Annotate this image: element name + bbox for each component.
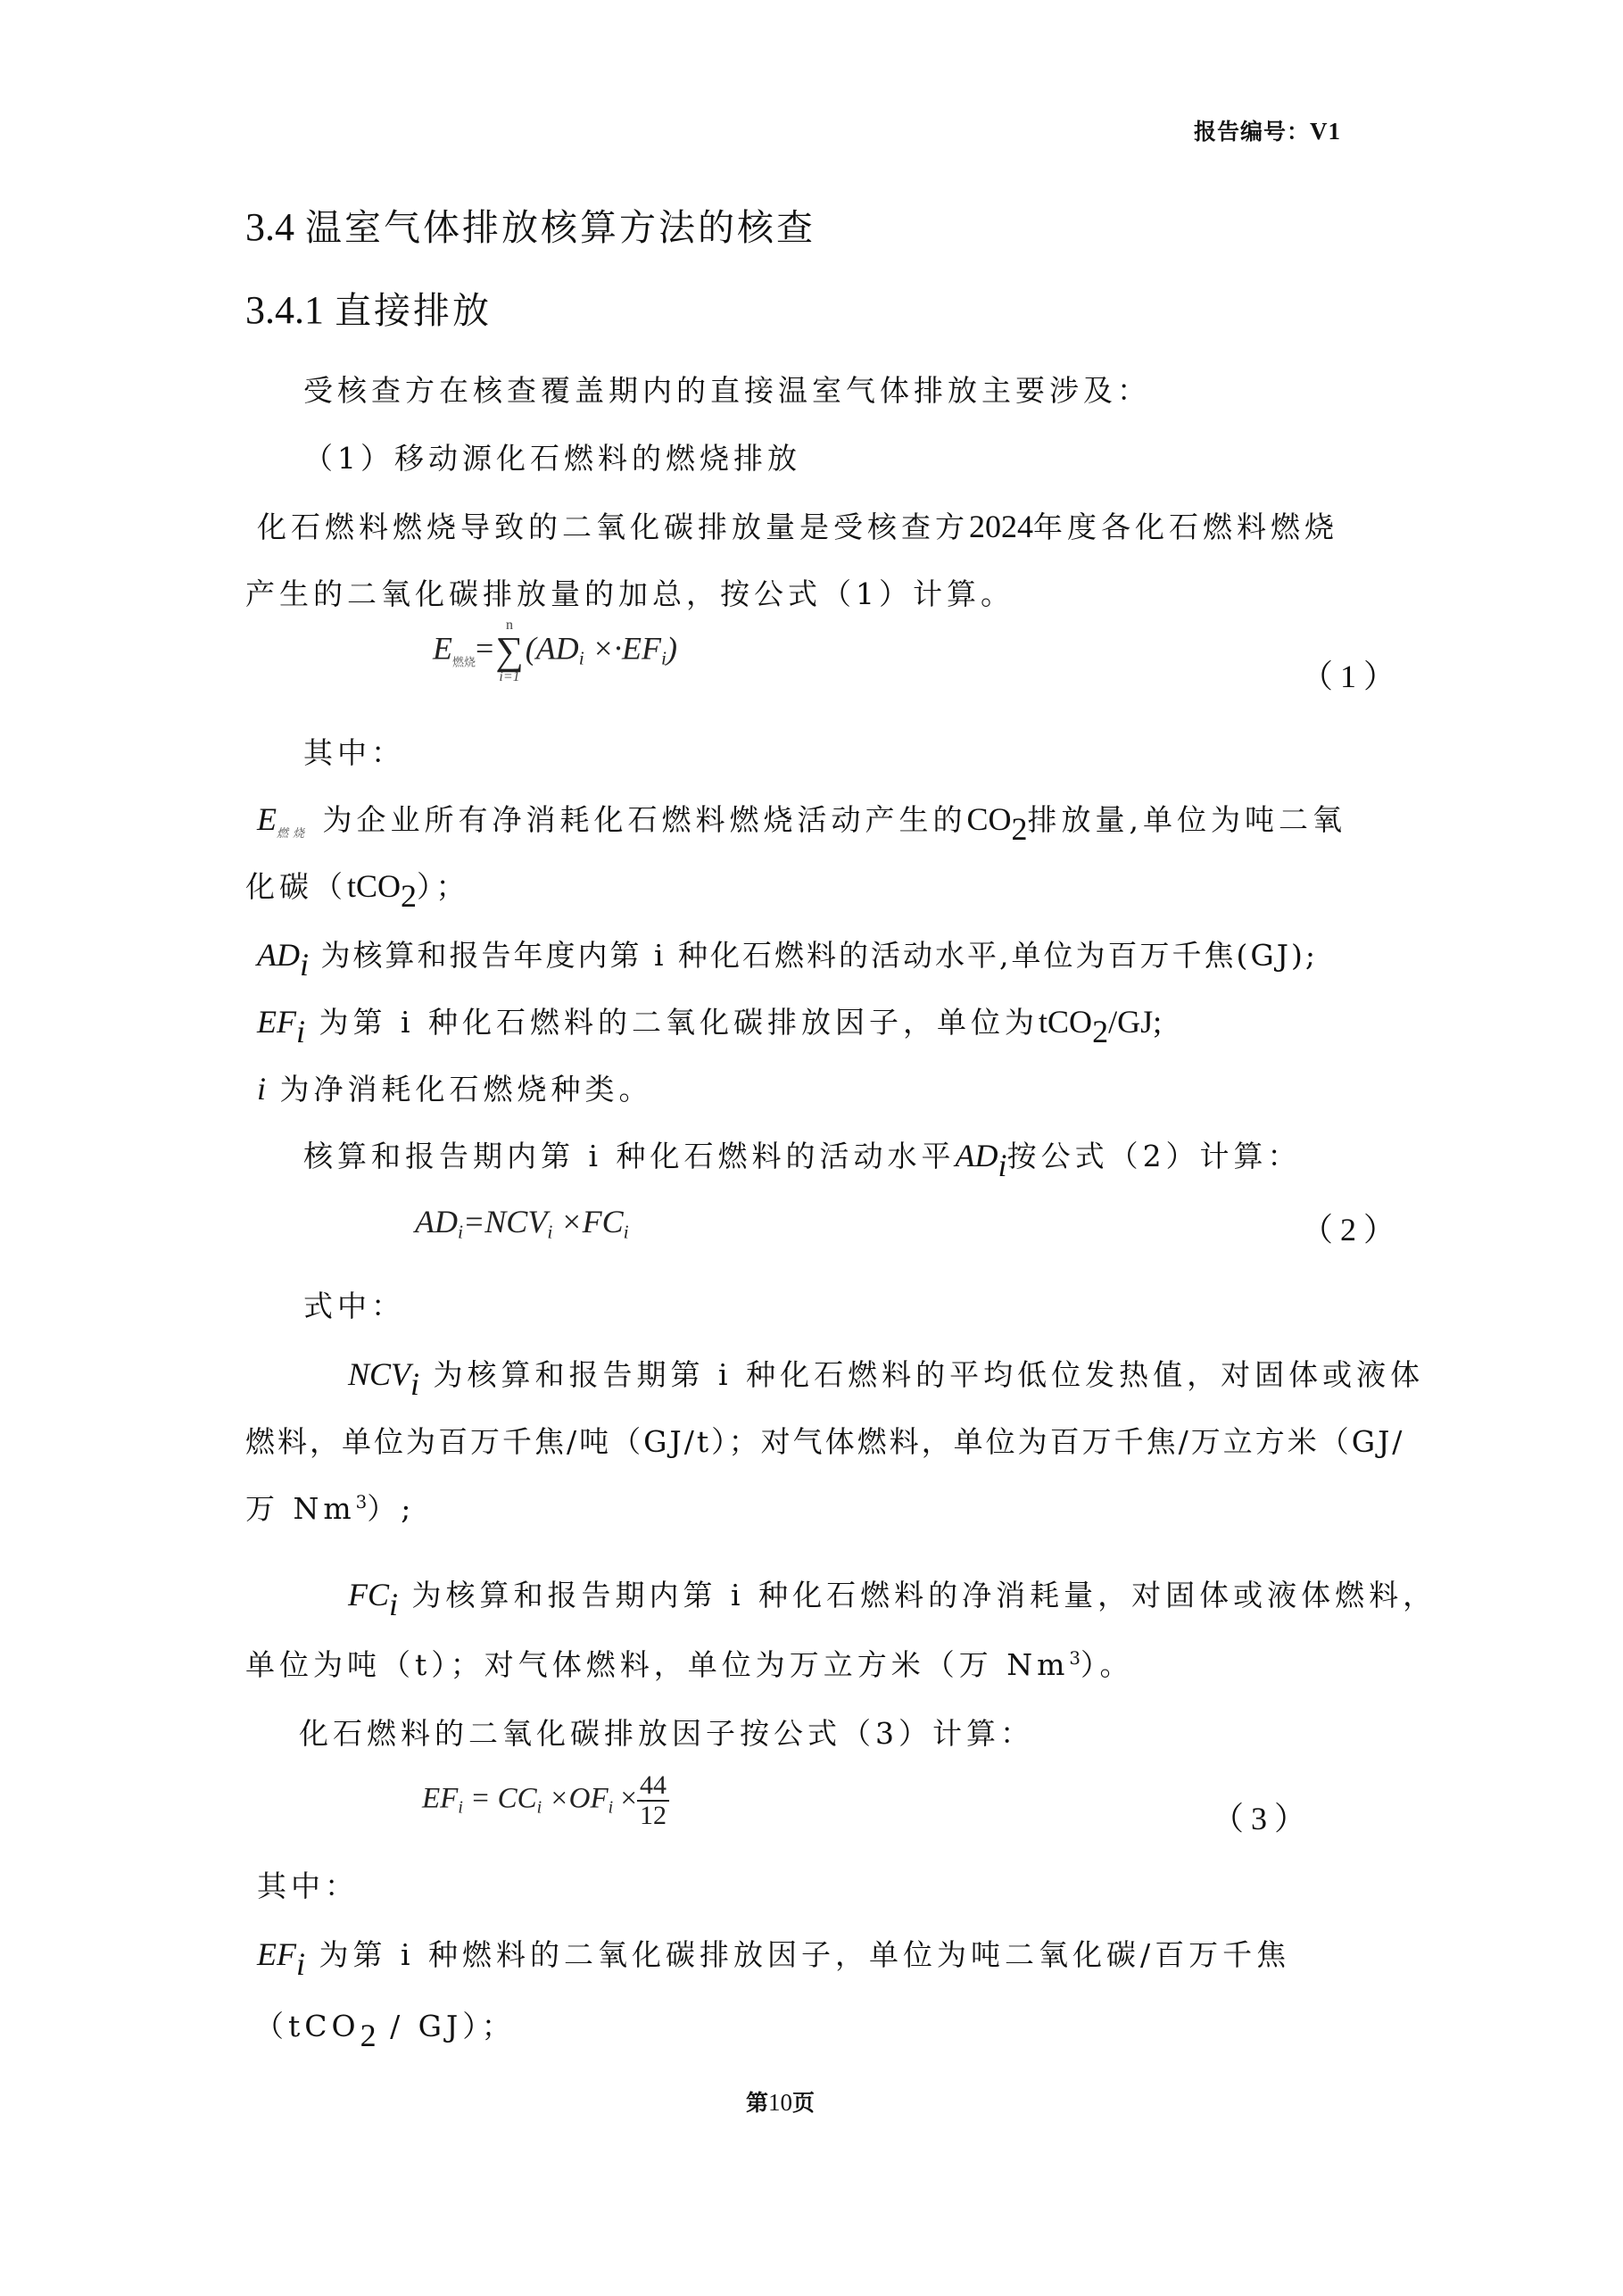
eq1-equals: = <box>476 630 493 666</box>
subsection-heading: 3.4.1直接排放 <box>245 281 492 334</box>
report-number: 报告编号：V1 <box>1194 114 1341 146</box>
eq1-ad: (AD <box>526 630 579 666</box>
sup-3: 3 <box>356 1492 368 1513</box>
fc-sub: i <box>389 1587 398 1622</box>
where-label-2: 式中： <box>303 1283 405 1325</box>
ef-sub: i <box>296 1014 305 1049</box>
text-span: 按公式（2）计算： <box>1007 1139 1302 1173</box>
eq3-of: ×OF <box>542 1783 609 1815</box>
sum-lower: i=1 <box>499 669 519 685</box>
ad-definition: ADi 为核算和报告年度内第 i 种化石燃料的活动水平,单位为百万千焦(GJ); <box>257 932 1318 983</box>
ef-sub: i <box>296 1946 305 1982</box>
eq1-ef: ×·EF <box>584 630 661 666</box>
co-sub: 2 <box>1012 811 1028 847</box>
text-span: / GJ）； <box>377 2009 516 2043</box>
text-span: 为企业所有净消耗化石燃料燃烧活动产生的 <box>323 802 967 837</box>
fc-definition-line-1: FCi 为核算和报告期内第 i 种化石燃料的净消耗量，对固体或液体燃料， <box>348 1572 1437 1623</box>
text-span: 为第 i 种燃料的二氧化碳排放因子，单位为吨二氧化碳/百万千焦 <box>319 1937 1291 1972</box>
report-number-value: V1 <box>1310 118 1341 145</box>
ncv-definition-line-1: NCVi 为核算和报告期第 i 种化石燃料的平均低位发热值，对固体或液体 <box>348 1352 1424 1403</box>
sup-3: 3 <box>1069 1648 1081 1669</box>
unit-text: /GJ; <box>1108 1004 1162 1040</box>
report-number-label: 报告编号： <box>1194 119 1310 145</box>
section-number: 3.4 <box>245 205 294 249</box>
document-page: 报告编号：V1 3.4温室气体排放核算方法的核查 3.4.1直接排放 受核查方在… <box>0 0 1623 2296</box>
page-suffix: 页 <box>792 2090 815 2116</box>
list-item-1: （1）移动源化石燃料的燃烧排放 <box>303 435 801 477</box>
page-number: 10 <box>768 2089 792 2116</box>
eq2-ncv: =NCV <box>463 1204 547 1239</box>
eq3-cc: = CC <box>463 1783 537 1815</box>
unit-sub: 2 <box>1092 1014 1108 1049</box>
ncv-definition-line-3: 万 Nm3）; <box>245 1486 415 1528</box>
page-prefix: 第 <box>746 2090 768 2116</box>
equation-1: E燃烧=n∑i=1(ADi ×·EFi) <box>433 618 677 685</box>
fc-symbol: FC <box>348 1577 389 1612</box>
e-symbol-sub: 燃烧 <box>277 827 309 841</box>
equation-3-number: （3） <box>1212 1794 1313 1839</box>
text-span: 化石燃料燃烧导致的二氧化碳排放量是受核查方 <box>257 510 969 544</box>
text-span: 单位为吨（t）；对气体燃料，单位为万立方米（万 Nm <box>245 1647 1069 1682</box>
e-definition-line-1: E燃烧 为企业所有净消耗化石燃料燃烧活动产生的CO2排放量,单位为吨二氧 <box>257 797 1346 848</box>
year-value: 2024 <box>969 509 1033 544</box>
summation: n∑i=1 <box>495 618 523 685</box>
where-label-3: 其中： <box>257 1863 359 1905</box>
fraction-numerator: 44 <box>640 1771 667 1800</box>
ef-symbol: EF <box>257 1936 296 1972</box>
fraction: 4412 <box>637 1771 669 1830</box>
unit-text: tCO <box>1039 1004 1092 1040</box>
text-span: 核算和报告期内第 i 种化石燃料的活动水平 <box>303 1139 956 1173</box>
text-span: ）； <box>417 869 470 904</box>
section-title: 温室气体排放核算方法的核查 <box>305 206 816 249</box>
e-symbol: E <box>257 801 277 837</box>
ef2-definition: EFi 为第 i 种燃料的二氧化碳排放因子，单位为吨二氧化碳/百万千焦 <box>257 1932 1290 1983</box>
ad-symbol: AD <box>956 1138 998 1173</box>
eq1-lhs: E <box>433 630 452 666</box>
ncv-sub: i <box>410 1366 419 1402</box>
ad-sub: i <box>300 947 309 982</box>
fraction-denominator: 12 <box>640 1802 667 1830</box>
eq1-close: ) <box>667 630 677 666</box>
text-span: 化碳（ <box>245 869 347 904</box>
co-text: CO <box>967 801 1012 837</box>
ef2-unit: （tCO2 / GJ）； <box>254 2003 516 2054</box>
eq2-lhs: AD <box>415 1204 458 1239</box>
text-span: 排放量,单位为吨二氧 <box>1028 802 1347 837</box>
eq2-fc: ×FC <box>552 1204 623 1239</box>
eq3-lhs: EF <box>422 1783 458 1815</box>
equation-2: ADi=NCVi ×FCi <box>415 1203 629 1243</box>
where-label-1: 其中： <box>303 730 405 772</box>
unit-sub: 2 <box>401 878 417 914</box>
fc-definition-line-2: 单位为吨（t）；对气体燃料，单位为万立方米（万 Nm3）。 <box>245 1642 1134 1684</box>
equation-1-number: （1） <box>1301 651 1403 697</box>
unit-text: tCO <box>347 868 401 904</box>
text-span: 为核算和报告年度内第 i 种化石燃料的活动水平,单位为百万千焦(GJ); <box>321 938 1318 973</box>
text-span: ）。 <box>1081 1647 1134 1682</box>
ncv-definition-line-2: 燃料，单位为百万千焦/吨（GJ/t）；对气体燃料，单位为百万千焦/万立方米（GJ… <box>245 1419 1404 1461</box>
page-number-footer: 第10页 <box>746 2085 815 2118</box>
section-heading: 3.4温室气体排放核算方法的核查 <box>245 198 816 251</box>
ncv-symbol: NCV <box>348 1356 410 1392</box>
e-definition-line-2: 化碳（tCO2）； <box>245 864 470 915</box>
eq2-fc-sub: i <box>624 1221 629 1242</box>
text-span: 万 Nm <box>245 1491 356 1526</box>
ef-symbol: EF <box>257 1004 296 1040</box>
text-span: 为核算和报告期内第 i 种化石燃料的净消耗量，对固体或液体燃料， <box>412 1578 1437 1612</box>
ef-calc-intro: 化石燃料的二氧化碳排放因子按公式（3）计算： <box>299 1711 1034 1753</box>
unit-sub: 2 <box>360 2018 377 2053</box>
eq1-lhs-sub: 燃烧 <box>452 656 476 669</box>
ad-calc-intro: 核算和报告期内第 i 种化石燃料的活动水平ADi按公式（2）计算： <box>303 1133 1302 1184</box>
i-definition: i 为净消耗化石燃烧种类。 <box>257 1066 653 1108</box>
description-line-2: 产生的二氧化碳排放量的加总，按公式（1）计算。 <box>245 571 1014 613</box>
description-line-1: 化石燃料燃烧导致的二氧化碳排放量是受核查方2024年度各化石燃料燃烧 <box>257 504 1338 546</box>
text-span: 年度各化石燃料燃烧 <box>1033 510 1338 544</box>
text-span: 为净消耗化石燃烧种类。 <box>280 1072 653 1107</box>
text-span: （tCO <box>254 2009 360 2043</box>
subsection-number: 3.4.1 <box>245 288 324 332</box>
text-span: 为第 i 种化石燃料的二氧化碳排放因子，单位为 <box>319 1005 1039 1040</box>
ad-symbol: AD <box>257 937 300 973</box>
equation-3: EFi = CCi ×OFi ×4412 <box>422 1771 669 1830</box>
eq3-times: × <box>613 1783 637 1815</box>
ef-definition: EFi 为第 i 种化石燃料的二氧化碳排放因子，单位为tCO2/GJ; <box>257 999 1162 1050</box>
text-span: 为核算和报告期第 i 种化石燃料的平均低位发热值，对固体或液体 <box>434 1357 1425 1392</box>
intro-paragraph: 受核查方在核查覆盖期内的直接温室气体排放主要涉及： <box>303 368 1151 410</box>
ad-sub: i <box>998 1148 1007 1183</box>
i-symbol: i <box>257 1071 266 1107</box>
text-span: ）; <box>367 1491 415 1526</box>
subsection-title: 直接排放 <box>335 289 492 332</box>
sigma-icon: ∑ <box>495 634 523 669</box>
equation-2-number: （2） <box>1301 1205 1403 1250</box>
